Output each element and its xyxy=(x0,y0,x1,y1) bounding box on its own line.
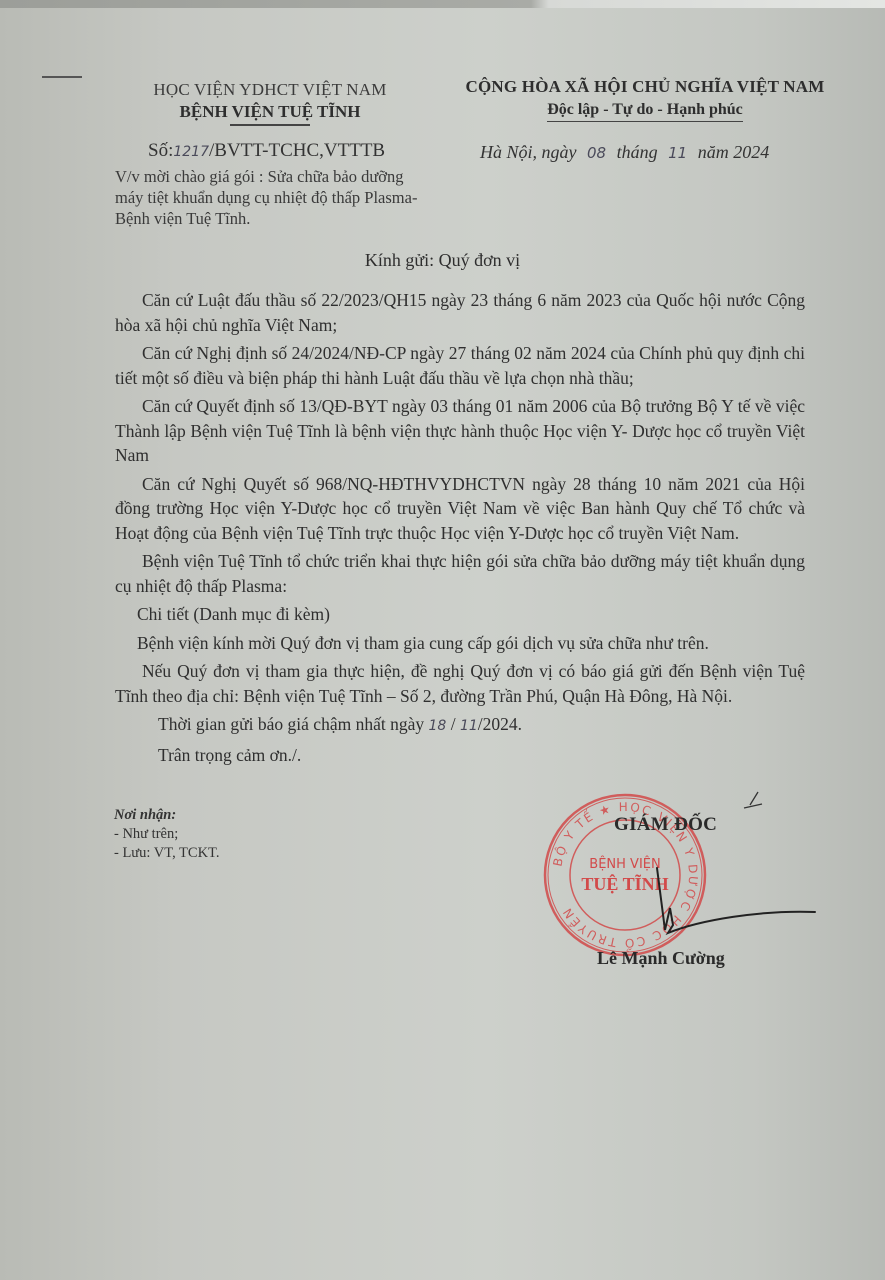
paragraph: Căn cứ Luật đấu thầu số 22/2023/QH15 ngà… xyxy=(115,288,805,337)
paragraph: Bệnh viện kính mời Quý đơn vị tham gia c… xyxy=(115,631,805,656)
paragraph: Căn cứ Quyết định số 13/QĐ-BYT ngày 03 t… xyxy=(115,394,805,468)
deadline-month: 11 xyxy=(460,718,478,734)
doc-number-prefix: Số: xyxy=(148,140,173,161)
signer-name: Lê Mạnh Cường xyxy=(597,948,725,969)
subject-line: V/v mời chào giá gói : Sửa chữa bảo dưỡn… xyxy=(115,166,435,229)
paragraph: Căn cứ Nghị định số 24/2024/NĐ-CP ngày 2… xyxy=(115,341,805,390)
deadline-line: Thời gian gửi báo giá chậm nhất ngày 18 … xyxy=(115,712,805,739)
salutation: Kính gửi: Quý đơn vị xyxy=(0,250,885,271)
national-title: CỘNG HÒA XÃ HỘI CHỦ NGHĨA VIỆT NAM xyxy=(445,77,845,97)
recipient-item: - Lưu: VT, TCKT. xyxy=(114,844,219,863)
date-prefix: Hà Nội, ngày xyxy=(480,142,577,162)
date-day: 08 xyxy=(587,144,606,162)
date-year: năm 2024 xyxy=(698,142,770,162)
paragraph: Bệnh viện Tuệ Tĩnh tổ chức triển khai th… xyxy=(115,549,805,598)
org-name: BỆNH VIỆN TUỆ TĨNH xyxy=(120,102,420,122)
issuer-header: HỌC VIỆN YDHCT VIỆT NAM BỆNH VIỆN TUỆ TĨ… xyxy=(120,80,420,126)
org-underline xyxy=(230,124,310,126)
parent-org: HỌC VIỆN YDHCT VIỆT NAM xyxy=(120,80,420,100)
recipient-item: - Như trên; xyxy=(114,825,219,844)
letter-body: Căn cứ Luật đấu thầu số 22/2023/QH15 ngà… xyxy=(115,288,805,771)
deadline-year: 2024. xyxy=(483,714,522,734)
doc-number-suffix: /BVTT-TCHC,VTTTB xyxy=(209,140,385,161)
recipients: Nơi nhận: - Như trên; - Lưu: VT, TCKT. xyxy=(114,806,219,863)
national-motto: Độc lập - Tự do - Hạnh phúc xyxy=(547,101,743,122)
date-month-label: tháng xyxy=(617,142,658,162)
paragraph: Chi tiết (Danh mục đi kèm) xyxy=(115,602,805,627)
national-header: CỘNG HÒA XÃ HỘI CHỦ NGHĨA VIỆT NAM Độc l… xyxy=(445,77,845,122)
doc-number: Số:1217/BVTT-TCHC,VTTTB xyxy=(148,140,385,162)
paragraph: Căn cứ Nghị Quyết số 968/NQ-HĐTHVYDHCTVN… xyxy=(115,472,805,546)
date-month: 11 xyxy=(668,144,687,162)
issue-date: Hà Nội, ngày 08 tháng 11 năm 2024 xyxy=(480,142,769,163)
margin-mark xyxy=(42,76,82,78)
photo-edge xyxy=(0,0,885,8)
recipients-title: Nơi nhận: xyxy=(114,806,219,825)
deadline-prefix: Thời gian gửi báo giá chậm nhất ngày xyxy=(158,714,424,734)
paragraph: Nếu Quý đơn vị tham gia thực hiện, đề ng… xyxy=(115,659,805,708)
signature-icon xyxy=(620,790,820,970)
doc-number-handwritten: 1217 xyxy=(173,144,209,160)
deadline-day: 18 xyxy=(428,718,446,734)
closing: Trân trọng cảm ơn./. xyxy=(115,743,805,768)
